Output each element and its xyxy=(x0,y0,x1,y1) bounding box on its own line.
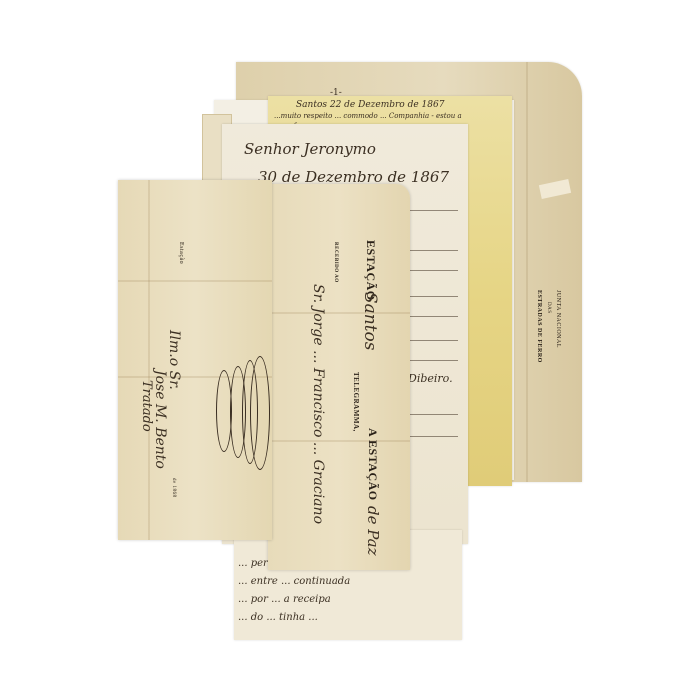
telegram-received-label: RECEBIDO AO xyxy=(333,242,338,283)
bottom-letter-line: ... do ... tinha ... xyxy=(238,612,318,623)
envelope-address-line: Tratado xyxy=(139,380,154,432)
envelope-front: Estação de 1868 Ilm.o Sr. Jose M. Bento … xyxy=(118,180,272,540)
telegram-station-handwritten: Santos xyxy=(360,292,380,351)
yellow-letter-line: ...muito respeito ... commodo ... Compan… xyxy=(274,112,462,120)
telegram-lower-station: A ESTAÇÃO xyxy=(365,428,380,501)
bottom-letter-line: ... entre ... continuada xyxy=(238,576,350,587)
ivory-letter-signature: Dibeiro. xyxy=(408,372,453,385)
envelope-date-label: de 1868 xyxy=(171,478,176,497)
ivory-letter-salutation: Senhor Jeronymo xyxy=(244,140,376,158)
telegram-title: TELEGRAMMA, xyxy=(352,372,360,432)
envelope-printed-label: JUNTA NACIONAL xyxy=(555,290,561,348)
bottom-letter-line: ... por ... a receipa xyxy=(238,594,331,605)
telegram-message: Sr. Jorge ... Francisco ... Graciano xyxy=(310,284,326,524)
envelope-address-line: Jose M. Bento xyxy=(152,370,168,469)
yellow-letter-heading: Santos 22 de Dezembro de 1867 xyxy=(296,100,444,110)
envelope-printed-label-3: ESTRADAS DE FERRO xyxy=(536,290,542,363)
envelope-address-line: Ilm.o Sr. xyxy=(166,330,182,390)
envelope-printed-label: Estação xyxy=(178,242,184,264)
envelope-printed-label-2: DAS xyxy=(546,302,551,314)
telegram-form: ESTAÇÃO Santos RECEBIDO AO TELEGRAMMA, A… xyxy=(268,184,410,570)
signature-flourish xyxy=(250,356,270,470)
telegram-lower-station-hand: de Paz xyxy=(364,506,382,556)
